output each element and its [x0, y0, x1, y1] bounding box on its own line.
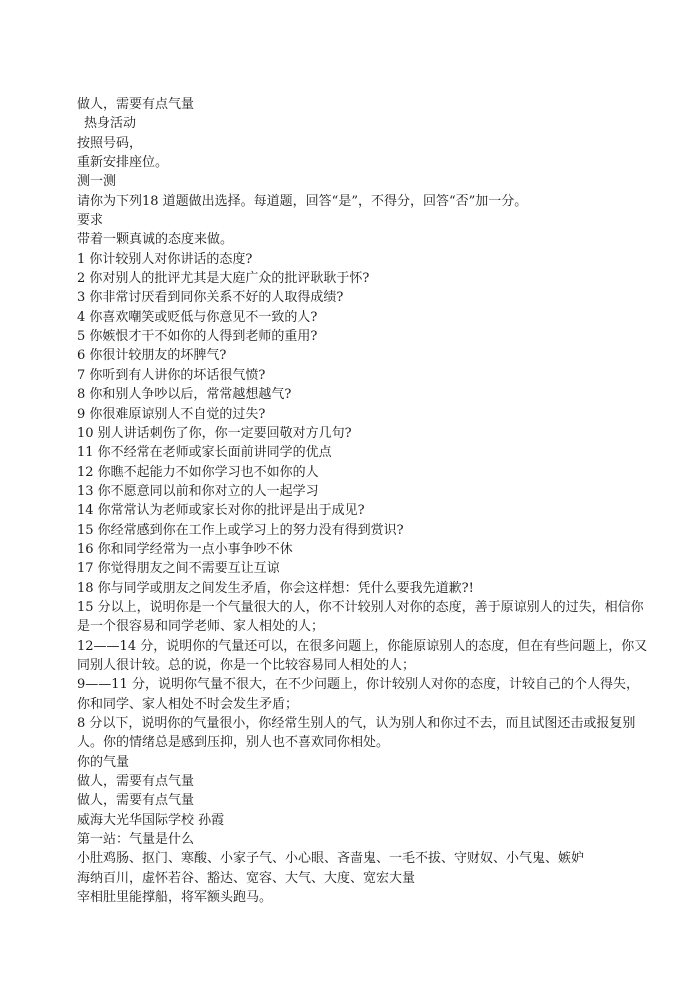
result-line: 15 分以上，说明你是一个气量很大的人，你不计较别人对你的态度，善于原谅别人的过… [77, 598, 657, 617]
question-item: 8 你和别人争吵以后，常常越想越气? [77, 385, 657, 404]
result-line: 你和同学、家人相处不时会发生矛盾； [77, 695, 657, 714]
question-item: 17 你觉得朋友之间不需要互让互谅 [77, 559, 657, 578]
question-item: 16 你和同学经常为一点小事争吵不休 [77, 540, 657, 559]
question-item: 3 你非常讨厌看到同你关系不好的人取得成绩? [77, 288, 657, 307]
positive-words: 海纳百川，虚怀若谷、豁达、宽容、大气、大度、宽宏大量 [77, 869, 657, 888]
result-line: 9——11 分，说明你气量不很大，在不少问题上，你计较别人对你的态度，计较自己的… [77, 675, 657, 694]
result-line: 12——14 分，说明你的气量还可以，在很多问题上，你能原谅别人的态度，但在有些… [77, 637, 657, 656]
result-line: 人。你的情绪总是感到压抑，别人也不喜欢同你相处。 [77, 733, 657, 752]
question-item: 2 你对别人的批评尤其是大庭广众的批评耿耿于怀? [77, 269, 657, 288]
question-item: 6 你很计较朋友的坏脾气? [77, 346, 657, 365]
question-item: 11 你不经常在老师或家长面前讲同学的优点 [77, 443, 657, 462]
document-page: 做人，需要有点气量 热身活动 按照号码， 重新安排座位。 测一测 请你为下列18… [77, 95, 657, 907]
negative-words: 小肚鸡肠、抠门、寒酸、小家子气、小心眼、吝啬鬼、一毛不拔、守财奴、小气鬼、嫉妒 [77, 849, 657, 868]
question-item: 13 你不愿意同以前和你对立的人一起学习 [77, 482, 657, 501]
question-item: 9 你很难原谅别人不自觉的过失? [77, 405, 657, 424]
question-item: 12 你瞧不起能力不如你学习也不如你的人 [77, 463, 657, 482]
question-item: 5 你嫉恨才干不如你的人得到老师的重用? [77, 327, 657, 346]
requirement-heading: 要求 [77, 211, 657, 230]
result-line: 同别人很计较。总的说，你是一个比较容易同人相处的人； [77, 656, 657, 675]
question-item: 4 你喜欢嘲笑或贬低与你意见不一致的人? [77, 308, 657, 327]
station-heading: 第一站：气量是什么 [77, 830, 657, 849]
question-item: 18 你与同学或朋友之间发生矛盾，你会这样想：凭什么要我先道歉?! [77, 579, 657, 598]
result-line: 8 分以下，说明你的气量很小，你经常生别人的气，认为别人和你过不去，而且试图还击… [77, 714, 657, 733]
test-instruction: 请你为下列18 道题做出选择。每道题，回答“是”，不得分，回答“否”加一分。 [77, 192, 657, 211]
question-item: 1 你计较别人对你讲话的态度? [77, 250, 657, 269]
question-item: 10 别人讲话刺伤了你，你一定要回敬对方几句? [77, 424, 657, 443]
author-line: 威海大光华国际学校 孙霞 [77, 811, 657, 830]
requirement-text: 带着一颗真诚的态度来做。 [77, 230, 657, 249]
warmup-line: 重新安排座位。 [77, 153, 657, 172]
question-item: 7 你听到有人讲你的坏话很气愤? [77, 366, 657, 385]
title-repeat: 做人，需要有点气量 [77, 791, 657, 810]
warmup-line: 按照号码， [77, 134, 657, 153]
result-line: 是一个很容易和同学老师、家人相处的人； [77, 617, 657, 636]
test-heading: 测一测 [77, 172, 657, 191]
question-item: 15 你经常感到你在工作上或学习上的努力没有得到赏识? [77, 521, 657, 540]
warmup-heading: 热身活动 [77, 114, 657, 133]
proverb: 宰相肚里能撑船，将军额头跑马。 [77, 888, 657, 907]
document-title: 做人，需要有点气量 [77, 95, 657, 114]
question-item: 14 你常常认为老师或家长对你的批评是出于成见? [77, 501, 657, 520]
section-heading: 你的气量 [77, 753, 657, 772]
title-repeat: 做人，需要有点气量 [77, 772, 657, 791]
